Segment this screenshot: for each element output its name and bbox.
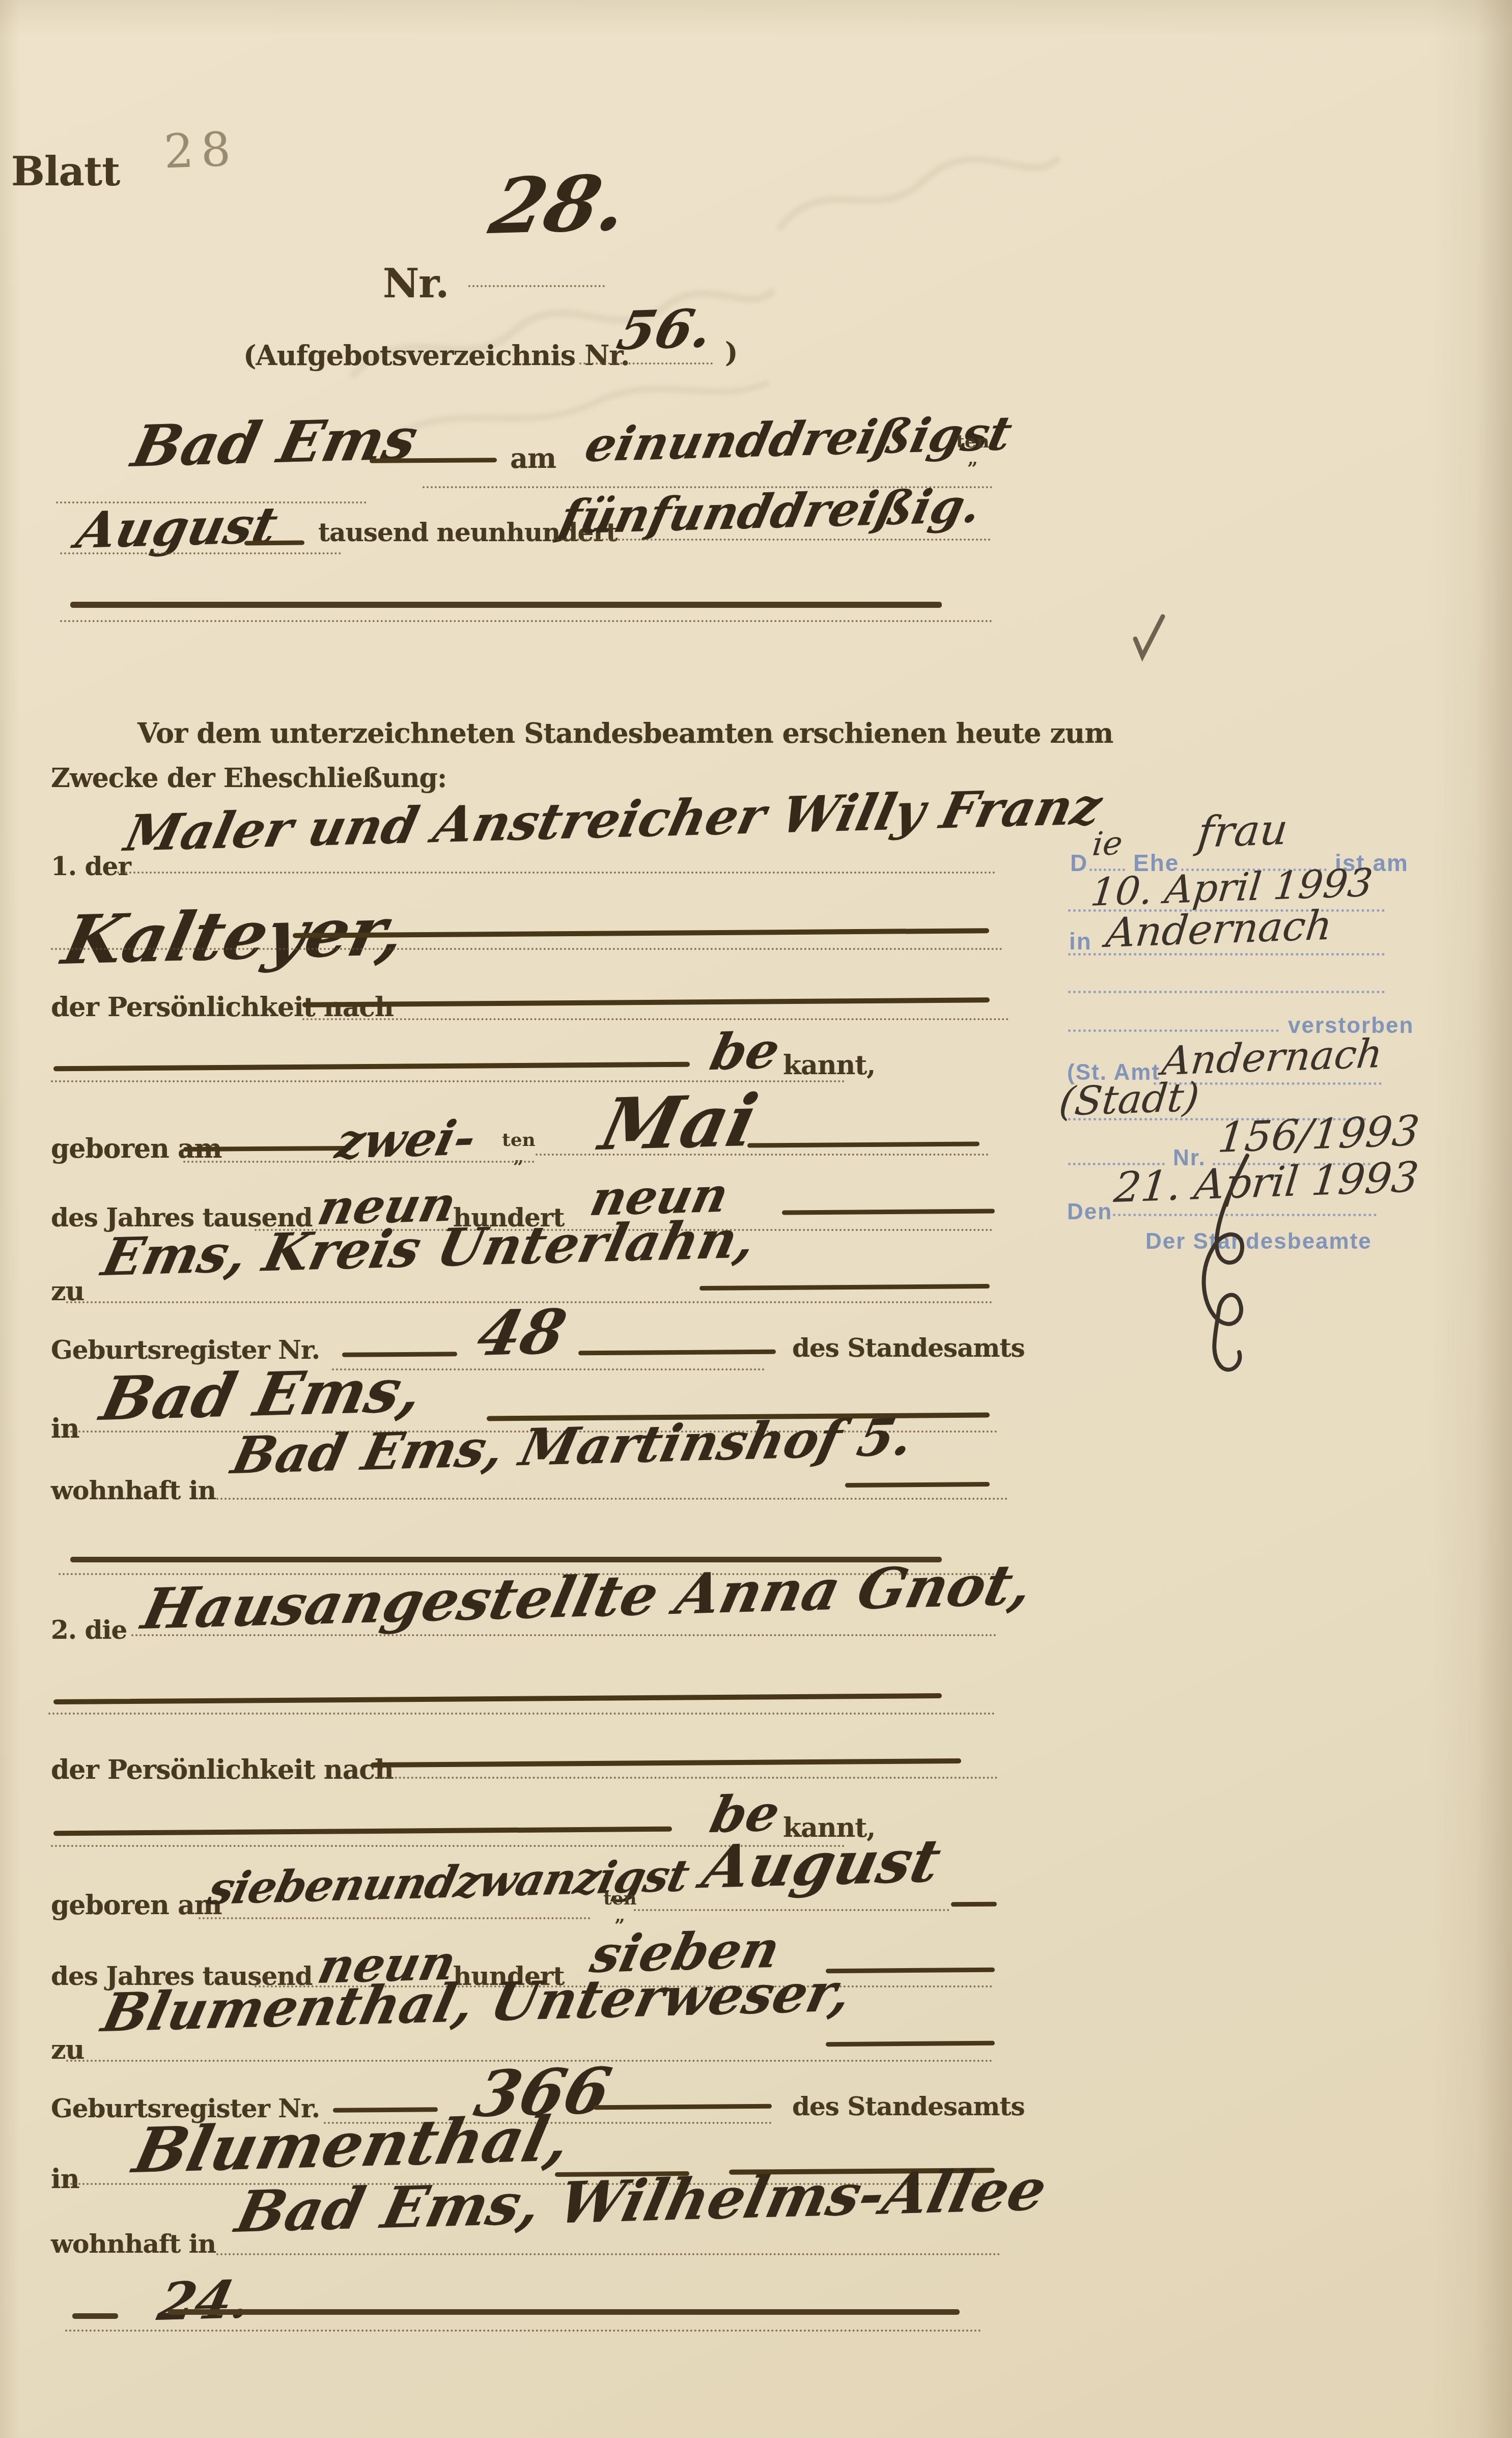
pen-stroke [53, 1062, 690, 1072]
person2-geboren-label: geboren am [51, 1890, 222, 1921]
person1-be: be [705, 1021, 785, 1082]
stamp-dotted-line [1068, 991, 1385, 993]
pen-stroke [302, 997, 990, 1007]
ruled-line [634, 1909, 949, 1911]
ruled-line [302, 1018, 1009, 1020]
sheet-label: Blatt [11, 149, 120, 195]
official-signature [1166, 1151, 1298, 1375]
ruled-line [468, 285, 605, 287]
intro-line-1: Vor dem unterzeichneten Standesbeamten e… [137, 717, 1113, 749]
stamp-dotted-line [1068, 1029, 1279, 1032]
section-rule [72, 2313, 118, 2319]
sheet-number-stamp: 28 [163, 122, 239, 179]
person2-in-label: in [51, 2164, 79, 2195]
person1-in-label: in [51, 1413, 79, 1444]
pen-stroke [782, 1209, 995, 1215]
pen-stroke [53, 1827, 672, 1836]
person2-wohnhaft-label: wohnhaft in [51, 2229, 216, 2259]
ruled-line [536, 1154, 989, 1156]
section-rule [70, 602, 942, 608]
person2-standesamt-label: des Standesamts [792, 2091, 1025, 2121]
pen-stroke [53, 1693, 942, 1704]
record-day: einunddreißigst [580, 406, 1017, 472]
aufgebot-label: (Aufgebotsverzeichnis Nr. [243, 339, 630, 372]
intro-line-2: Zwecke der Eheschließung: [51, 763, 446, 794]
stamp-in-label: in [1069, 928, 1092, 955]
pen-stroke [747, 1141, 979, 1147]
stamp-den-label: Den [1067, 1199, 1112, 1225]
stamp-dotted-line [1068, 953, 1385, 956]
section-rule [168, 2309, 960, 2315]
ruled-line [131, 1634, 997, 1636]
stamp-spouse-handwritten: frau [1195, 804, 1291, 857]
ruled-line [553, 539, 991, 541]
ruled-line [199, 1917, 591, 1919]
ruled-line [60, 620, 993, 622]
person1-standesamt-label: des Standesamts [792, 1333, 1025, 1363]
person2-birth-month: August [696, 1826, 947, 1902]
person1-index: 1. der [51, 851, 131, 881]
pen-stroke [370, 458, 497, 463]
aufgebot-number: 56. [612, 297, 718, 362]
person2-identity-label: der Persönlichkeit nach [51, 1754, 394, 1785]
ditto-mark: „ [514, 1146, 524, 1168]
pen-stroke [845, 1482, 990, 1488]
ruled-line [183, 1161, 535, 1163]
pen-stroke [371, 1758, 961, 1768]
pen-stroke [244, 541, 304, 546]
record-month: August [71, 496, 283, 560]
stamp-ie-handwritten: ie [1090, 825, 1124, 863]
person1-register-nr: 48 [471, 1296, 572, 1370]
pen-stroke [951, 1902, 997, 1907]
ruled-line [48, 1713, 995, 1715]
record-number-label: Nr. [383, 261, 449, 307]
person2-residence-line2: 24. [153, 2269, 257, 2333]
check-mark [1131, 613, 1167, 659]
record-year: fünfunddreißig. [555, 478, 987, 545]
ruled-line [51, 948, 1003, 950]
pen-stroke [578, 1350, 776, 1356]
record-number-value: 28. [483, 158, 636, 251]
stamp-death-place: Andernach [1104, 902, 1334, 957]
stamp-d-label: D [1070, 849, 1088, 877]
ruled-line [117, 872, 996, 874]
ruled-line [579, 362, 713, 365]
person1-kannt-label: kannt, [783, 1050, 875, 1081]
person2-index: 2. die [51, 1615, 127, 1645]
ditto-mark: „ [968, 448, 978, 469]
am-label: am [510, 442, 556, 474]
aufgebot-label-close: ) [725, 336, 738, 369]
pen-stroke [826, 2041, 995, 2047]
pen-stroke [594, 2104, 772, 2110]
pen-stroke [183, 1146, 351, 1152]
person1-wohnhaft-label: wohnhaft in [51, 1475, 216, 1505]
ruled-line [371, 1777, 998, 1779]
ruled-line [65, 2330, 982, 2332]
ruled-line [216, 2253, 1000, 2255]
ruled-line [60, 552, 341, 554]
person2-occupation-names: Hausangestellte Anna Gnot, [136, 1552, 1039, 1642]
ruled-line [216, 1498, 1008, 1500]
bleed-through-marks [764, 76, 1069, 280]
pen-stroke [699, 1284, 990, 1291]
record-place: Bad Ems [126, 406, 424, 480]
registry-document-page: Blatt 28 Nr. 28. (Aufgebotsverzeichnis N… [0, 0, 1512, 2438]
